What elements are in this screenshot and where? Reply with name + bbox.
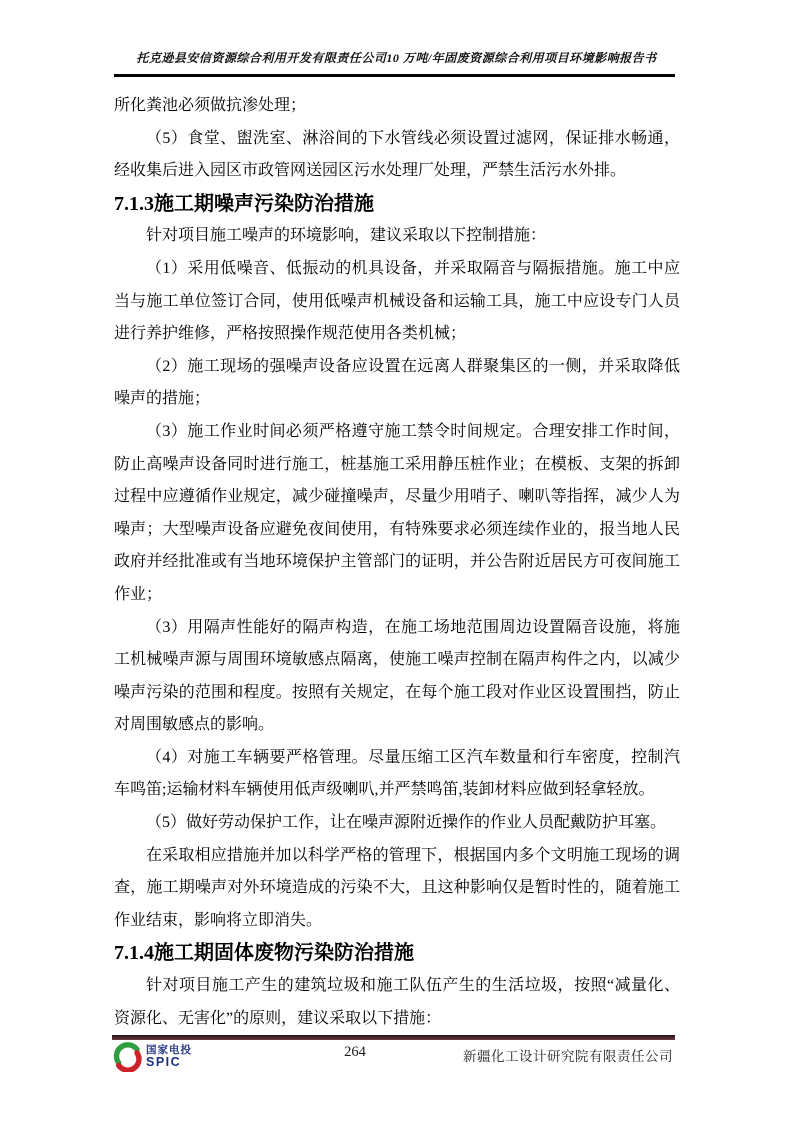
paragraph-solid-waste-intro: 针对项目施工产生的建筑垃圾和施工队伍产生的生活垃圾，按照“减量化、资源化、无害化…	[114, 970, 680, 1035]
spic-logo: 国家电投 SPIC	[112, 1042, 192, 1072]
paragraph-noise-item-2: （2）施工现场的强噪声设备应设置在远离人群聚集区的一侧，并采取降低噪声的措施；	[114, 351, 680, 416]
page-number: 264	[315, 1044, 395, 1061]
paragraph-noise-item-5: （5）做好劳动保护工作，让在噪声源附近操作的作业人员配戴防护耳塞。	[114, 807, 680, 840]
paragraph-item-5-water: （5）食堂、盥洗室、淋浴间的下水管线必须设置过滤网，保证排水畅通，经收集后进入园…	[114, 123, 680, 188]
paragraph-continuation: 所化粪池必须做抗渗处理；	[114, 90, 680, 123]
section-heading-7-1-4: 7.1.4施工期固体废物污染防治措施	[114, 937, 680, 970]
paragraph-noise-conclusion: 在采取相应措施并加以科学严格的管理下，根据国内多个文明施工现场的调查，施工期噪声…	[114, 840, 680, 938]
section-heading-7-1-3: 7.1.3施工期噪声污染防治措施	[114, 188, 680, 221]
document-page: 托克逊县安信资源综合利用开发有限责任公司10 万吨/年固废资源综合利用项目环境影…	[0, 0, 793, 1122]
document-body: 所化粪池必须做抗渗处理； （5）食堂、盥洗室、淋浴间的下水管线必须设置过滤网，保…	[114, 90, 680, 1035]
paragraph-noise-intro: 针对项目施工噪声的环境影响，建议采取以下控制措施：	[114, 220, 680, 253]
paragraph-noise-item-1: （1）采用低噪音、低振动的机具设备，并采取隔音与隔振措施。施工中应当与施工单位签…	[114, 253, 680, 351]
footer-company-name: 新疆化工设计研究院有限责任公司	[463, 1045, 673, 1065]
report-header-title: 托克逊县安信资源综合利用开发有限责任公司10 万吨/年固废资源综合利用项目环境影…	[0, 49, 793, 66]
spic-logo-text: 国家电投 SPIC	[146, 1045, 192, 1069]
footer-rule	[112, 1035, 675, 1040]
header-rule	[114, 74, 675, 77]
paragraph-noise-item-3b: （3）用隔声性能好的隔声构造，在施工场地范围周边设置隔音设施，将施工机械噪声源与…	[114, 612, 680, 742]
paragraph-noise-item-3a: （3）施工作业时间必须严格遵守施工禁令时间规定。合理安排工作时间，防止高噪声设备…	[114, 416, 680, 612]
spic-logo-name-en: SPIC	[146, 1056, 192, 1069]
paragraph-noise-item-4: （4）对施工车辆要严格管理。尽量压缩工区汽车数量和行车密度，控制汽车鸣笛;运输材…	[114, 742, 680, 807]
spic-swirl-icon	[112, 1042, 142, 1072]
